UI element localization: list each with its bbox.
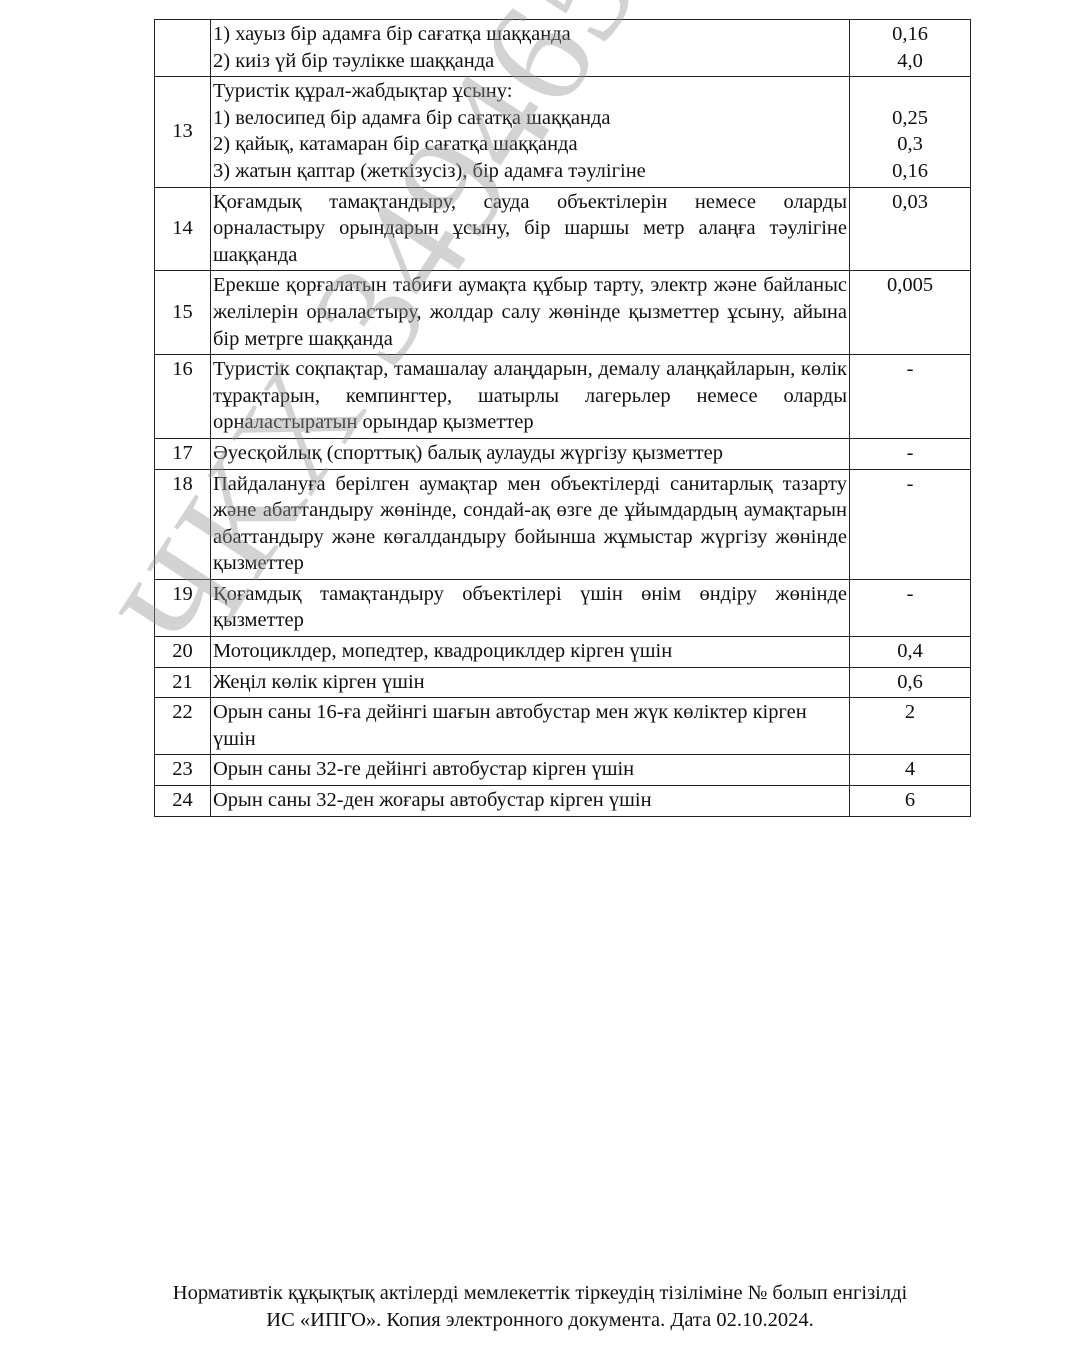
row-description: Пайдалануға берілген аумақтар мен объект… — [211, 469, 850, 579]
row-number: 14 — [155, 187, 211, 271]
row-value: 0,4 — [850, 637, 971, 668]
row-value: 0,6 — [850, 667, 971, 698]
table-row: 19 Қоғамдық тамақтандыру объектілері үші… — [155, 579, 971, 636]
row-subvalue: 0,16 — [852, 158, 968, 185]
table-row: 15 Ерекше қорғалатын табиғи аумақта құбы… — [155, 271, 971, 355]
row-value: - — [850, 579, 971, 636]
table-row: 21 Жеңіл көлік кірген үшін 0,6 — [155, 667, 971, 698]
row-value: - — [850, 438, 971, 469]
row-value: - — [850, 355, 971, 439]
table-row: 22 Орын саны 16-ға дейінгі шағын автобус… — [155, 698, 971, 755]
row-number: 16 — [155, 355, 211, 439]
row-number: 20 — [155, 637, 211, 668]
row-number: 23 — [155, 755, 211, 786]
row-description: Қоғамдық тамақтандыру объектілері үшін ө… — [211, 579, 850, 636]
row-description: Қоғамдық тамақтандыру, сауда объектілері… — [211, 187, 850, 271]
row-value: 0,16 4,0 — [850, 20, 971, 77]
row-subvalue: 0,3 — [852, 131, 968, 158]
row-description: Жеңіл көлік кірген үшін — [211, 667, 850, 698]
row-description: Туристік соқпақтар, тамашалау алаңдарын,… — [211, 355, 850, 439]
tariff-table: 1) хауыз бір адамға бір сағатқа шаққанда… — [154, 19, 971, 817]
document-page: 1) хауыз бір адамға бір сағатқа шаққанда… — [0, 0, 1080, 1350]
row-number: 19 — [155, 579, 211, 636]
table-row: 1) хауыз бір адамға бір сағатқа шаққанда… — [155, 20, 971, 77]
row-number: 24 — [155, 786, 211, 817]
row-number: 15 — [155, 271, 211, 355]
row-number: 22 — [155, 698, 211, 755]
row-subitem: 3) жатын қаптар (жеткізусіз), бір адамға… — [213, 158, 847, 185]
row-description: 1) хауыз бір адамға бір сағатқа шаққанда… — [211, 20, 850, 77]
row-description: Әуесқойлық (спорттық) балық аулауды жүрг… — [211, 438, 850, 469]
table-row: 13 Туристік құрал-жабдықтар ұсыну: 1) ве… — [155, 77, 971, 187]
row-value: 0,25 0,3 0,16 — [850, 77, 971, 187]
table-row: 24 Орын саны 32-ден жоғары автобустар кі… — [155, 786, 971, 817]
row-value: 4 — [850, 755, 971, 786]
row-description: Туристік құрал-жабдықтар ұсыну: 1) велос… — [211, 77, 850, 187]
row-value: 6 — [850, 786, 971, 817]
row-number: 13 — [155, 77, 211, 187]
table-row: 16 Туристік соқпақтар, тамашалау алаңдар… — [155, 355, 971, 439]
table-row: 17 Әуесқойлық (спорттық) балық аулауды ж… — [155, 438, 971, 469]
row-description: Ерекше қорғалатын табиғи аумақта құбыр т… — [211, 271, 850, 355]
row-description: Орын саны 16-ға дейінгі шағын автобустар… — [211, 698, 850, 755]
row-subvalue: 0,25 — [852, 105, 968, 132]
row-subvalue: 4,0 — [852, 48, 968, 75]
row-subitem: 2) киіз үй бір тәулікке шаққанда — [213, 48, 847, 75]
row-description: Мотоциклдер, мопедтер, квадроциклдер кір… — [211, 637, 850, 668]
row-subitem: 1) велосипед бір адамға бір сағатқа шаққ… — [213, 105, 847, 132]
table-row: 18 Пайдалануға берілген аумақтар мен объ… — [155, 469, 971, 579]
registration-footer: Нормативтік құқықтық актілерді мемлекетт… — [0, 1280, 1080, 1334]
footer-registry-line: Нормативтік құқықтық актілерді мемлекетт… — [0, 1280, 1080, 1307]
row-number: 21 — [155, 667, 211, 698]
row-description: Орын саны 32-ден жоғары автобустар кірге… — [211, 786, 850, 817]
row-value: - — [850, 469, 971, 579]
row-value: 0,005 — [850, 271, 971, 355]
row-subitem: 1) хауыз бір адамға бір сағатқа шаққанда — [213, 21, 847, 48]
row-heading: Туристік құрал-жабдықтар ұсыну: — [213, 78, 847, 105]
table-row: 20 Мотоциклдер, мопедтер, квадроциклдер … — [155, 637, 971, 668]
row-description: Орын саны 32-ге дейінгі автобустар кірге… — [211, 755, 850, 786]
table-row: 23 Орын саны 32-ге дейінгі автобустар кі… — [155, 755, 971, 786]
table-row: 14 Қоғамдық тамақтандыру, сауда объектіл… — [155, 187, 971, 271]
row-number: 18 — [155, 469, 211, 579]
row-value: 0,03 — [850, 187, 971, 271]
footer-copy-line: ИС «ИПГО». Копия электронного документа.… — [0, 1307, 1080, 1334]
row-number: 17 — [155, 438, 211, 469]
row-subvalue — [852, 78, 968, 105]
row-value: 2 — [850, 698, 971, 755]
row-subitem: 2) қайық, катамаран бір сағатқа шаққанда — [213, 131, 847, 158]
row-number — [155, 20, 211, 77]
row-subvalue: 0,16 — [852, 21, 968, 48]
